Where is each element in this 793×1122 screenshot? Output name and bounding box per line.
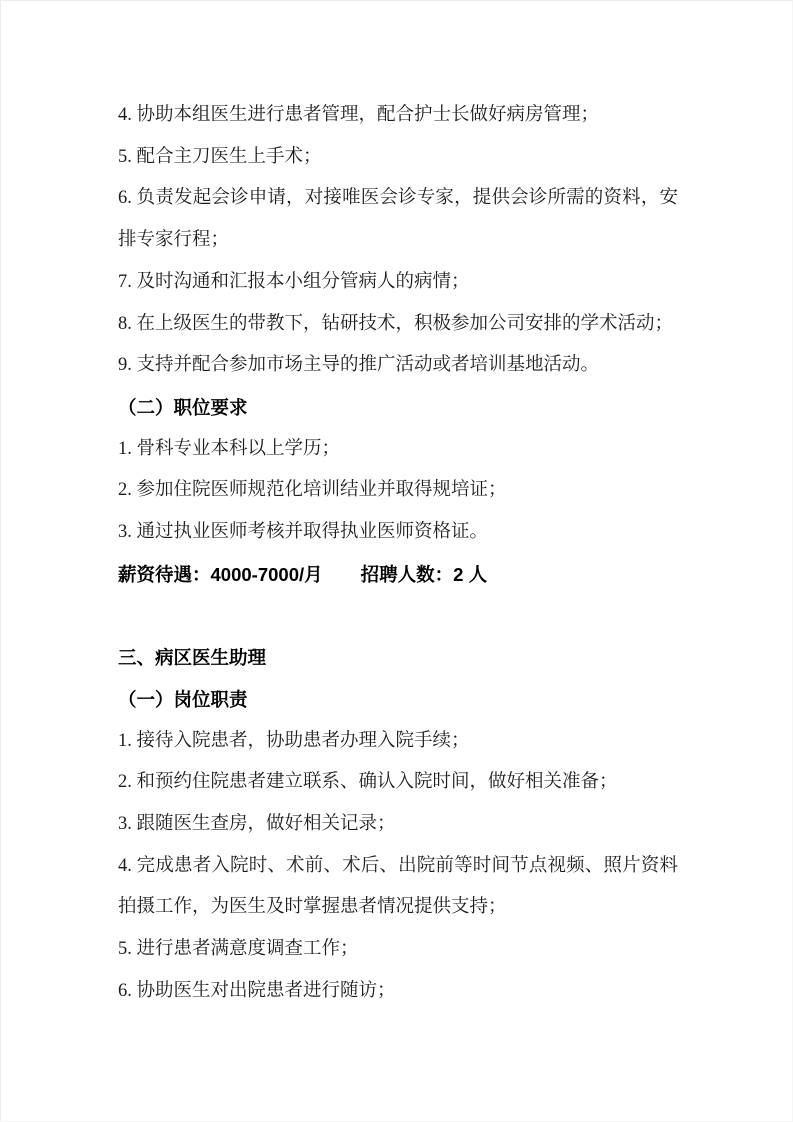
requirement-item: 1. 骨科专业本科以上学历； (118, 429, 678, 471)
requirement-item: 2. 参加住院医师规范化培训结业并取得规培证； (118, 470, 678, 512)
duty-item: 3. 跟随医生查房，做好相关记录； (118, 804, 678, 846)
salary-line: 薪资待遇：4000-7000/月招聘人数：2 人 (118, 554, 678, 596)
duty-item: 8. 在上级医生的带教下，钻研技术，积极参加公司安排的学术活动； (118, 304, 678, 346)
duties-heading: （一）岗位职责 (118, 679, 678, 721)
salary-label: 薪资待遇： (118, 564, 211, 585)
duty-item: 5. 配合主刀医生上手术； (118, 137, 678, 179)
duty-item: 1. 接待入院患者，协助患者办理入院手续； (118, 721, 678, 763)
duty-item: 6. 负责发起会诊申请，对接唯医会诊专家，提供会诊所需的资料，安排专家行程； (118, 178, 678, 261)
duty-item: 4. 协助本组医生进行患者管理，配合护士长做好病房管理； (118, 95, 678, 137)
headcount-value: 2 人 (453, 564, 487, 585)
duty-item: 6. 协助医生对出院患者进行随访； (118, 971, 678, 1013)
headcount-label: 招聘人数： (361, 564, 454, 585)
requirements-heading: （二）职位要求 (118, 387, 678, 429)
requirement-item: 3. 通过执业医师考核并取得执业医师资格证。 (118, 512, 678, 554)
duty-item: 9. 支持并配合参加市场主导的推广活动或者培训基地活动。 (118, 345, 678, 387)
duty-item: 2. 和预约住院患者建立联系、确认入院时间，做好相关准备； (118, 762, 678, 804)
duty-item: 7. 及时沟通和汇报本小组分管病人的病情； (118, 262, 678, 304)
document-content: 4. 协助本组医生进行患者管理，配合护士长做好病房管理； 5. 配合主刀医生上手… (118, 95, 678, 1012)
duty-item: 4. 完成患者入院时、术前、术后、出院前等时间节点视频、照片资料拍摄工作，为医生… (118, 846, 678, 929)
duty-item: 5. 进行患者满意度调查工作； (118, 929, 678, 971)
salary-value: 4000-7000/月 (211, 564, 323, 585)
section-heading: 三、病区医生助理 (118, 637, 678, 679)
document-page: 4. 协助本组医生进行患者管理，配合护士长做好病房管理； 5. 配合主刀医生上手… (0, 0, 793, 1122)
